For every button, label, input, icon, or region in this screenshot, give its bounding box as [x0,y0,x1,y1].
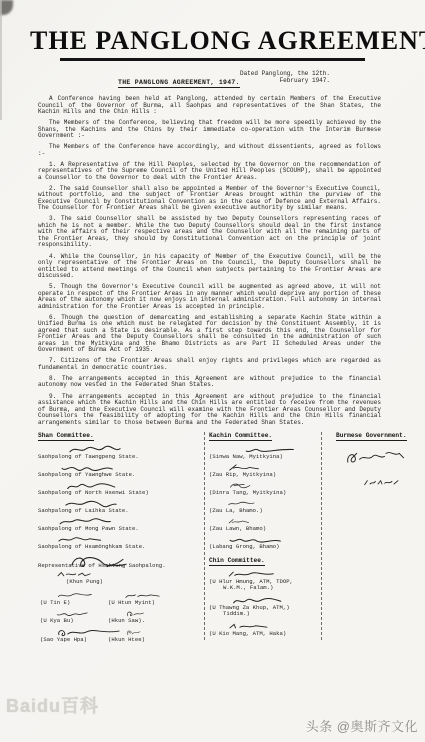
signatory-label: (Hkun Htee) [108,637,198,643]
signatory-label: (Dinra Tang, Myitkyina) [209,490,317,496]
signatory-label: (Labang Grong, Bhamo) [209,544,317,550]
signatory-label: Saohpalong of Tawngpeng State. [38,454,198,460]
signatory-label: Tiddim.) [223,611,317,617]
signatory-label: (Zau Rip, Myitkyina) [209,472,317,478]
signatory-label: (U Kya Bu) [40,618,100,624]
signature-date-scrawl [362,474,415,492]
baidu-baike-watermark: Baidu百科 [6,692,99,718]
dateline-line1: Dated Panglong, the 12th. [0,70,330,77]
paragraph: 5. Though the Governor's Executive Counc… [38,284,381,310]
signature-row: (U Kio Mang, ATM, Haka) [209,621,317,637]
signature-row: (Zau Rip, Myitkyina) [209,462,317,478]
signature-row: Saohpalong of Tawngpeng State. [38,444,198,460]
signature-row: (Sinwa Naw, Myitkyina) [209,444,317,460]
kachin-chin-column: Kachin Committee. (Sinwa Naw, Myitkyina)… [204,432,322,640]
signatory-label: (Sao Yape Hpa) [40,637,100,643]
signature-row: Saohpalong of Mong Pawn State. [38,516,198,532]
kachin-committee-header: Kachin Committee. [209,432,272,441]
title-underline [60,58,365,61]
signature-row: (Zau La, Bhamo.) [209,498,317,514]
representative-block: Representative of Hsahtung Saohpalong. (… [38,553,198,586]
signatory-label: (U Kio Mang, ATM, Haka) [209,631,317,637]
burmese-government-header: Burmese Government. [336,432,407,441]
document-subheading: THE PANGLONG AGREEMENT, 1947. [118,79,240,88]
signature-cell: (U Kya Bu) [38,608,100,624]
burmese-government-column: Burmese Government. [322,432,415,492]
aung-san-signature [342,449,415,473]
signatory-label: (U Tin E) [40,600,100,606]
signature-section: Shan Committee. Saohpalong of Tawngpeng … [38,432,415,678]
paragraph: The Members of the Conference, believing… [38,120,381,140]
signatory-label: (Zau La, Bhamo.) [209,508,317,514]
signatory-label: Saohpalong of Yawnghwe State. [38,472,198,478]
document-title: THE PANGLONG AGREEMENT [30,26,395,56]
signature-row: Saohpalong of North Hsenwi State) [38,480,198,496]
paragraph: The Members of the Conference have accor… [38,144,381,157]
signature-cell: (U Tin E) [38,590,100,606]
chin-committee-header: Chin Committee. [209,557,265,566]
paragraph: A Conference having been held at Panglon… [38,96,381,116]
signatory-label: (Zau Lawn, Bhamo) [209,526,317,532]
shan-committee-header: Shan Committee. [38,432,94,441]
signature-row: Saohpalong of Laihka State. [38,498,198,514]
document-body: A Conference having been held at Panglon… [38,96,381,426]
signatory-label: (U Htun Myint) [108,600,198,606]
signature-row: (Labang Grong, Bhamo) [209,534,317,550]
scan-edge-smudge [0,0,2,120]
toutiao-watermark: 头条 @奥斯齐文化 [306,716,418,735]
signatory-label: W.K.M., Falam.) [223,585,317,591]
signature-cell: (Hkun Htee) [106,627,198,643]
signatory-label: Saohpalong of North Hsenwi State) [38,490,198,496]
signatory-label: Saohpalong of Mong Pawn State. [38,526,198,532]
signatory-label: Saohpalong of Laihka State. [38,508,198,514]
paragraph: 6. Though the question of demarcating an… [38,315,381,354]
paragraph: 7. Citizens of the Frontier Areas shall … [38,358,381,371]
signature-row: Saohpalong of Yawnghwe State. [38,462,198,478]
signature-row: (Zau Lawn, Bhamo) [209,516,317,532]
paragraph: 4. While the Counsellor, in his capacity… [38,254,381,280]
paragraph: 3. The said Counsellor shall be assisted… [38,216,381,249]
shan-signature-grid: (U Tin E) (U Htun Myint) (U Kya Bu) (Hku… [38,590,198,643]
paragraph: 1. A Representative of the Hill Peoples,… [38,162,381,182]
chin-committee-block: Chin Committee. (U Hlur Hmung, ATM, TDOP… [209,557,317,637]
signature-row: Saohpalong of Hsamönghkam State. [38,534,198,550]
signature-cell: (Hkun Saw). [106,608,198,624]
representative-name: (Khun Pung) [66,579,198,585]
paragraph: 8. The arrangements accepted in this Agr… [38,376,381,389]
paragraph: 2. The said Counsellor shall also be app… [38,186,381,212]
paragraph: 9. The arrangements accepted in this Agr… [38,394,381,427]
signatory-label: Saohpalong of Hsamönghkam State. [38,544,198,550]
signature-cell: (U Htun Myint) [106,590,198,606]
signature-cell: (Sao Yape Hpa) [38,627,100,643]
document-page: THE PANGLONG AGREEMENT Dated Panglong, t… [0,0,425,742]
signatory-label: (Hkun Saw). [108,618,198,624]
signatory-label: (Sinwa Naw, Myitkyina) [209,454,317,460]
signature-row: (U Thawng Za Khup, ATM,) Tiddim.) [209,595,317,618]
signature-row: (Dinra Tang, Myitkyina) [209,480,317,496]
signature-row: (U Hlur Hmung, ATM, TDOP, W.K.M., Falam.… [209,569,317,592]
shan-committee-column: Shan Committee. Saohpalong of Tawngpeng … [38,432,198,643]
